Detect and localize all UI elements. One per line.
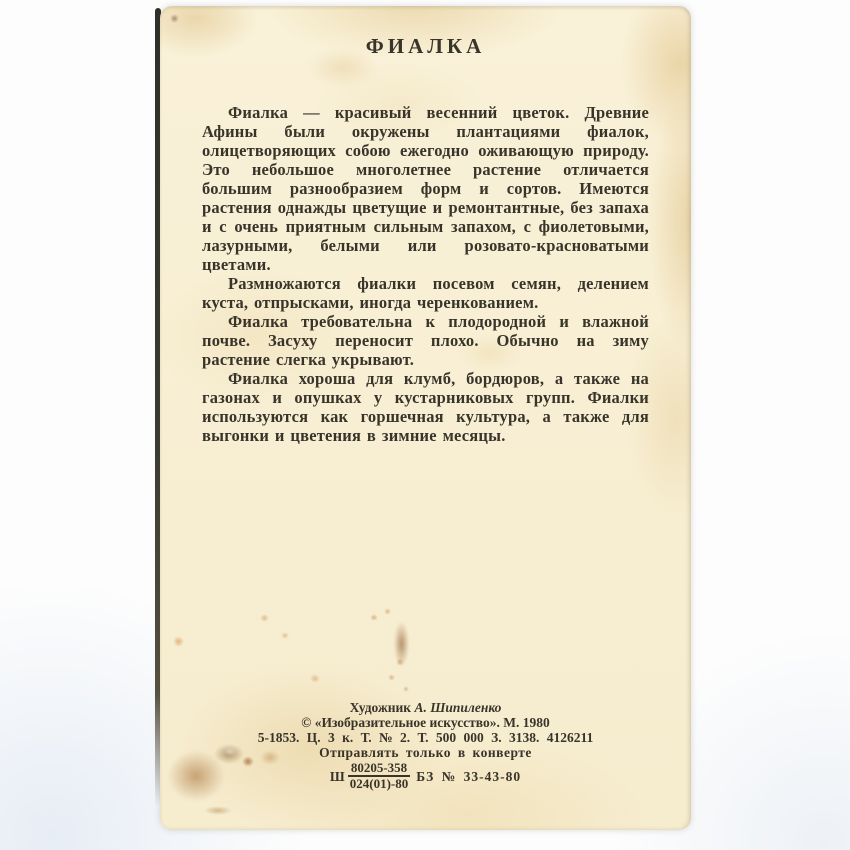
stain <box>170 14 179 23</box>
stain <box>384 608 391 615</box>
code-denominator: 024(01)-80 <box>348 777 411 791</box>
envelope-note: Отправлять только в конверте <box>160 745 691 760</box>
copyright-line: © «Изобразительное искусство». М. 1980 <box>160 715 691 730</box>
stain <box>370 614 378 621</box>
postcard-back: ФИАЛКА Фиалка — красивый весенний цветок… <box>160 6 691 830</box>
paragraph-soil: Фиалка требовательна к плодородной и вла… <box>202 312 649 369</box>
stain <box>403 686 409 692</box>
stain <box>204 806 232 815</box>
page-title: ФИАЛКА <box>160 34 691 59</box>
stain <box>281 632 289 639</box>
stain <box>173 636 184 647</box>
stain <box>396 658 404 666</box>
scanned-postcard-page: { "page": { "title": "ФИАЛКА" }, "body":… <box>0 0 850 850</box>
imprint-block: Художник А. Шипиленко © «Изобразительное… <box>160 700 691 791</box>
stain <box>388 674 395 681</box>
artist-name: А. Шипиленко <box>414 700 501 715</box>
stain <box>310 674 320 683</box>
stain <box>260 614 269 622</box>
code-fraction: 80205-358024(01)-80 <box>348 761 411 791</box>
paragraph-usage: Фиалка хороша для клумб, бордюров, а так… <box>202 369 649 445</box>
artist-line: Художник А. Шипиленко <box>160 700 691 715</box>
stain <box>394 622 409 666</box>
paragraph-propagation: Размножаются фиалки посевом семян, делен… <box>202 274 649 312</box>
code-numerator: 80205-358 <box>348 761 411 777</box>
code-prefix: Ш <box>330 769 346 784</box>
code-suffix: БЗ № 33-43-80 <box>416 769 521 784</box>
catalog-code-line: Ш80205-358024(01)-80БЗ № 33-43-80 <box>160 761 691 791</box>
print-info-line: 5-1853. Ц. 3 к. Т. № 2. Т. 500 000 З. 31… <box>160 730 691 745</box>
artist-label: Художник <box>350 700 412 715</box>
paragraph-intro: Фиалка — красивый весенний цветок. Древн… <box>202 103 649 274</box>
body-text: Фиалка — красивый весенний цветок. Древн… <box>202 103 649 445</box>
